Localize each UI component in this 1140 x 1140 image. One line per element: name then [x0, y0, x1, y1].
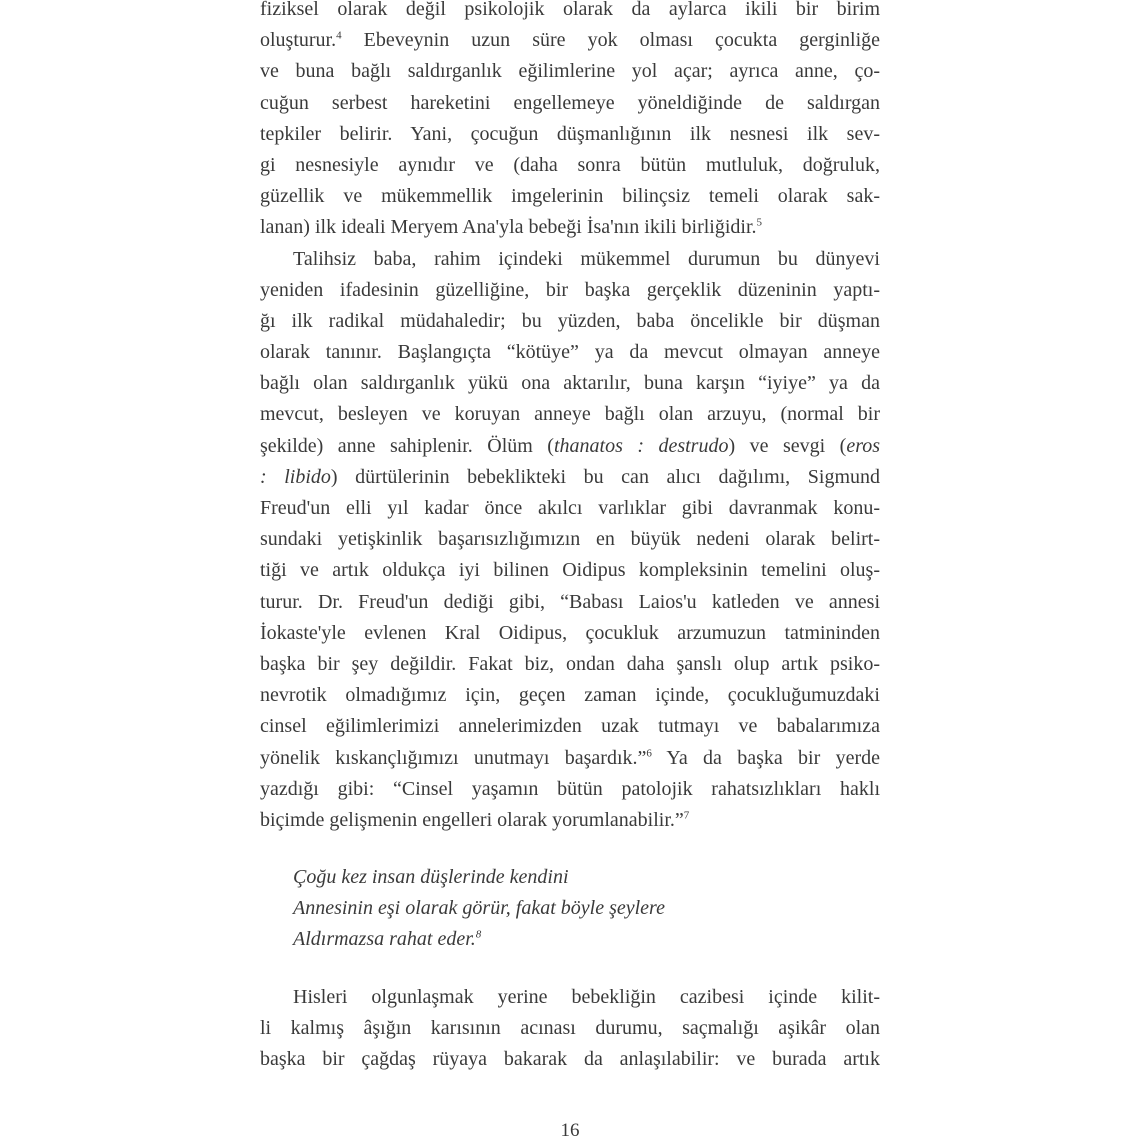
text-line: mevcut, besleyen ve koruyan anneye bağlı…	[260, 399, 880, 430]
text-line: : libido) dürtülerinin bebeklikteki bu c…	[260, 462, 880, 493]
text-line: Freud'un elli yıl kadar önce akılcı varl…	[260, 493, 880, 524]
italic-term: : libido	[260, 466, 331, 488]
text-fragment: şekilde) anne sahiplenir. Ölüm (	[260, 435, 554, 457]
text-line: şekilde) anne sahiplenir. Ölüm (thanatos…	[260, 431, 880, 462]
text-line: cuğun serbest hareketini engellemeye yön…	[260, 88, 880, 119]
verse-line: Aldırmazsa rahat eder.8	[293, 924, 880, 955]
text-line: nevrotik olmadığımız için, geçen zaman i…	[260, 680, 880, 711]
text-line: Talihsiz baba, rahim içindeki mükemmel d…	[260, 244, 880, 275]
text-line: güzellik ve mükemmellik imgelerinin bili…	[260, 181, 880, 212]
page-number: 16	[0, 1120, 1140, 1140]
verse-quote: Çoğu kez insan düşlerinde kendini Annesi…	[260, 862, 880, 956]
text-line: cinsel eğilimlerimizi annelerimizden uza…	[260, 711, 880, 742]
text-fragment: Aldırmazsa rahat eder.	[293, 928, 476, 950]
text-line: tiği ve artık oldukça iyi bilinen Oidipu…	[260, 555, 880, 586]
text-line: olarak tanınır. Başlangıçta “kötüye” ya …	[260, 337, 880, 368]
paragraph-1: fiziksel olarak değil psikolojik olarak …	[260, 0, 880, 244]
text-line: Hisleri olgunlaşmak yerine bebekliğin ca…	[260, 982, 880, 1013]
text-line: tepkiler belirir. Yani, çocuğun düşmanlı…	[260, 119, 880, 150]
text-line: turur. Dr. Freud'un dediği gibi, “Babası…	[260, 587, 880, 618]
text-fragment: yönelik kıskançlığımızı unutmayı başardı…	[260, 747, 646, 769]
footnote-ref: 8	[476, 929, 482, 941]
text-fragment: oluşturur.	[260, 29, 336, 51]
text-fragment: ) ve sevgi (	[728, 435, 846, 457]
text-line: İokaste'yle evlenen Kral Oidipus, çocukl…	[260, 618, 880, 649]
text-line: li kalmış âşığın karısının acınası durum…	[260, 1013, 880, 1044]
text-line: ğı ilk radikal müdahaledir; bu yüzden, b…	[260, 306, 880, 337]
paragraph-2: Talihsiz baba, rahim içindeki mükemmel d…	[260, 244, 880, 837]
text-line: ve buna bağlı saldırganlık eğilimlerine …	[260, 56, 880, 87]
text-line: biçimde gelişmenin engelleri olarak yoru…	[260, 805, 880, 836]
book-page: fiziksel olarak değil psikolojik olarak …	[260, 0, 880, 1075]
text-line: fiziksel olarak değil psikolojik olarak …	[260, 0, 880, 25]
text-line: yeniden ifadesinin güzelliğine, bir başk…	[260, 275, 880, 306]
text-line: başka bir şey değildir. Fakat biz, ondan…	[260, 649, 880, 680]
text-line: oluşturur.4 Ebeveynin uzun süre yok olma…	[260, 25, 880, 56]
footnote-ref: 7	[684, 809, 690, 821]
text-fragment: lanan) ilk ideali Meryem Ana'yla bebeği …	[260, 216, 757, 238]
verse-line: Çoğu kez insan düşlerinde kendini	[293, 862, 880, 893]
footnote-ref: 5	[757, 217, 763, 229]
text-fragment: ) dürtülerinin bebeklikteki bu can alıcı…	[331, 466, 880, 488]
text-line: bağlı olan saldırganlık yükü ona aktarıl…	[260, 368, 880, 399]
text-fragment: Ebeveynin uzun süre yok olması çocukta g…	[342, 29, 880, 51]
text-line: başka bir çağdaş rüyaya bakarak da anlaş…	[260, 1044, 880, 1075]
text-line: sundaki yetişkinlik başarısızlığımızın e…	[260, 524, 880, 555]
text-line: yazdığı gibi: “Cinsel yaşamın bütün pato…	[260, 774, 880, 805]
text-line: lanan) ilk ideali Meryem Ana'yla bebeği …	[260, 212, 880, 243]
verse-line: Annesinin eşi olarak görür, fakat böyle …	[293, 893, 880, 924]
italic-term: thanatos : destrudo	[554, 435, 729, 457]
text-fragment: biçimde gelişmenin engelleri olarak yoru…	[260, 809, 684, 831]
italic-term: eros	[846, 435, 880, 457]
text-line: yönelik kıskançlığımızı unutmayı başardı…	[260, 743, 880, 774]
text-fragment: Ya da başka bir yerde	[652, 747, 880, 769]
text-line: gi nesnesiyle aynıdır ve (daha sonra büt…	[260, 150, 880, 181]
paragraph-3: Hisleri olgunlaşmak yerine bebekliğin ca…	[260, 982, 880, 1076]
